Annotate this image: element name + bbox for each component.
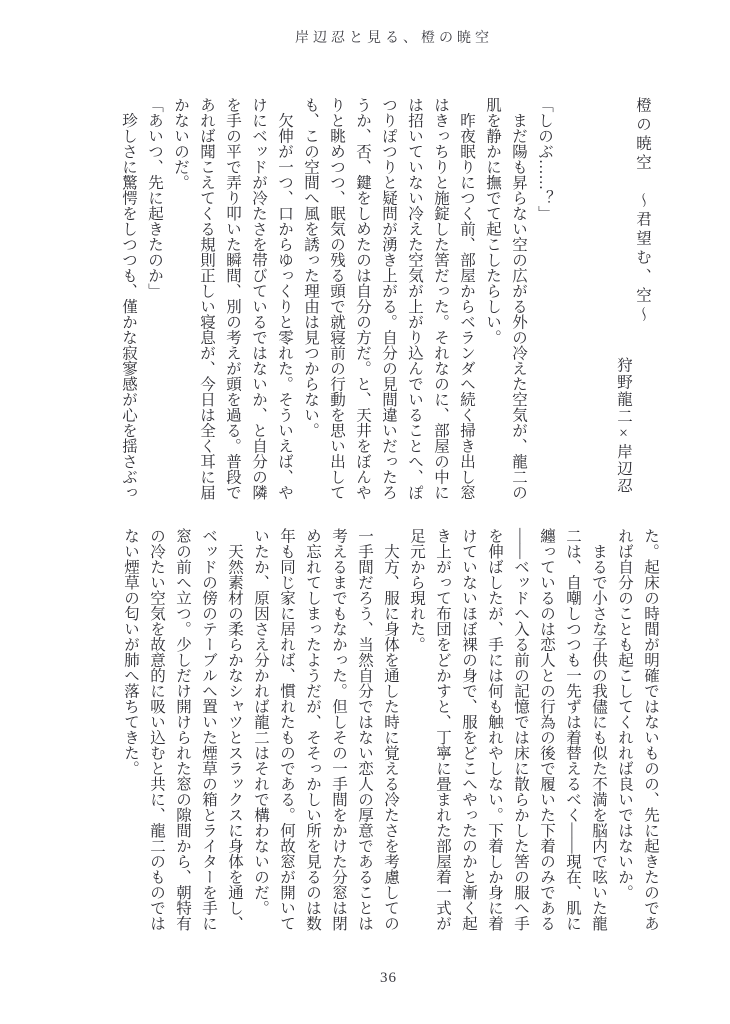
text-column: の冷たい空気を故意的に吸い込むと共に、龍二のものでは (143, 528, 169, 933)
text-column: め忘れてしまったようだが、そそっかしい所を見るのは数 (299, 528, 325, 933)
text-column: き上がって布団をどかすと、丁寧に畳まれた部屋着一式が (429, 528, 455, 933)
story-title: 橙の暁空 ～君望む、空～ (633, 97, 652, 517)
text-column: ――ベッドへ入る前の記憶では床に散らかした筈の服へ手 (507, 528, 533, 933)
text-column: た。起床の時間が明確ではないものの、先に起きたのであ (637, 528, 663, 933)
text-column: 足元から現れた。 (403, 528, 429, 933)
body-text-lower: た。起床の時間が明確ではないものの、先に起きたのであれば自分のことも起こしてくれ… (117, 528, 663, 933)
text-column: も、この空間へ風を誘った理由は見つからない。 (297, 97, 323, 502)
text-column: 欠伸が一つ、口からゆっくりと零れた。そういえば、や (271, 97, 297, 502)
text-column: は招いていない冷えた空気が上がり込んでいることへ、ぽ (401, 97, 427, 502)
text-column: ベッドの傍のテーブルへ置いた煙草の箱とライターを手に (195, 528, 221, 933)
body-text-upper: 「しのぶ……？」 まだ陽も昇らない空の広がる外の冷えた空気が、龍二の肌を静かに撫… (115, 97, 557, 502)
text-column: けにベッドが冷たさを帯びているではないか、と自分の隣 (245, 97, 271, 502)
text-column: かないのだ。 (167, 97, 193, 502)
text-column: を手の平で弄り叩いた瞬間、別の考えが頭を過る。普段で (219, 97, 245, 502)
text-column: 年も同じ家に居れば、慣れたものである。何故窓が開いて (273, 528, 299, 933)
text-column: 二は、自嘲しつつも一先ずは着替えるべく――現在、肌に (559, 528, 585, 933)
text-column: 大方、服に身体を通した時に覚える冷たさを考慮しての (377, 528, 403, 933)
text-column: まるで小さな子供の我儘にも似た不満を脳内で呟いた龍 (585, 528, 611, 933)
text-column: を伸ばしたが、手には何も触れやしない。下着しか身に着 (481, 528, 507, 933)
text-column: 天然素材の柔らかなシャツとスラックスに身体を通し、 (221, 528, 247, 933)
text-column: まだ陽も昇らない空の広がる外の冷えた空気が、龍二の (505, 97, 531, 502)
author-credit: 狩野龍二×岸辺忍 (614, 97, 633, 517)
text-column: いたか、原因さえ分かれば龍二はそれで構わないのだ。 (247, 528, 273, 933)
text-column: はきっちりと施錠した筈だった。それなのに、部屋の中に (427, 97, 453, 502)
text-column: 昨夜眠りにつく前、部屋からベランダへ続く掃き出し窓 (453, 97, 479, 502)
text-column: 珍しさに驚愕をしつつも、僅かな寂寥感が心を揺さぶっ (115, 97, 141, 502)
page-number: 36 (380, 970, 397, 987)
text-column: りと眺めつつ、眠気の残る頭で就寝前の行動を思い出して (323, 97, 349, 502)
text-column: れば自分のことも起こしてくれれば良いではないか。 (611, 528, 637, 933)
text-column: 肌を静かに撫でて起こしたらしい。 (479, 97, 505, 502)
text-column: あれば聞こえてくる規則正しい寝息が、今日は全く耳に届 (193, 97, 219, 502)
text-column: 窓の前へ立つ。少しだけ開けられた窓の隙間から、朝特有 (169, 528, 195, 933)
document-page: 岸辺忍と見る、橙の暁空 橙の暁空 ～君望む、空～ 狩野龍二×岸辺忍 「しのぶ……… (0, 0, 730, 1024)
text-column: ない煙草の匂いが肺へ落ちてきた。 (117, 528, 143, 933)
text-column: 一手間だろう、当然自分ではない恋人の厚意であることは (351, 528, 377, 933)
text-column: うか、否、鍵をしめたのは自分の方だ。と、天井をぼんや (349, 97, 375, 502)
text-column: 考えるまでもなかった。但しその一手間をかけた分窓は閉 (325, 528, 351, 933)
text-column: 纏っているのは恋人との行為の後で履いた下着のみである (533, 528, 559, 933)
text-column: 「あいつ、先に起きたのか」 (141, 97, 167, 502)
title-block: 橙の暁空 ～君望む、空～ 狩野龍二×岸辺忍 (614, 97, 652, 517)
text-column: つりぽつりと疑問が湧き上がる。自分の見間違いだったろ (375, 97, 401, 502)
page-header: 岸辺忍と見る、橙の暁空 (295, 27, 493, 47)
text-column: けていないほぼ裸の身で、服をどこへやったのかと漸く起 (455, 528, 481, 933)
text-column: 「しのぶ……？」 (531, 97, 557, 502)
